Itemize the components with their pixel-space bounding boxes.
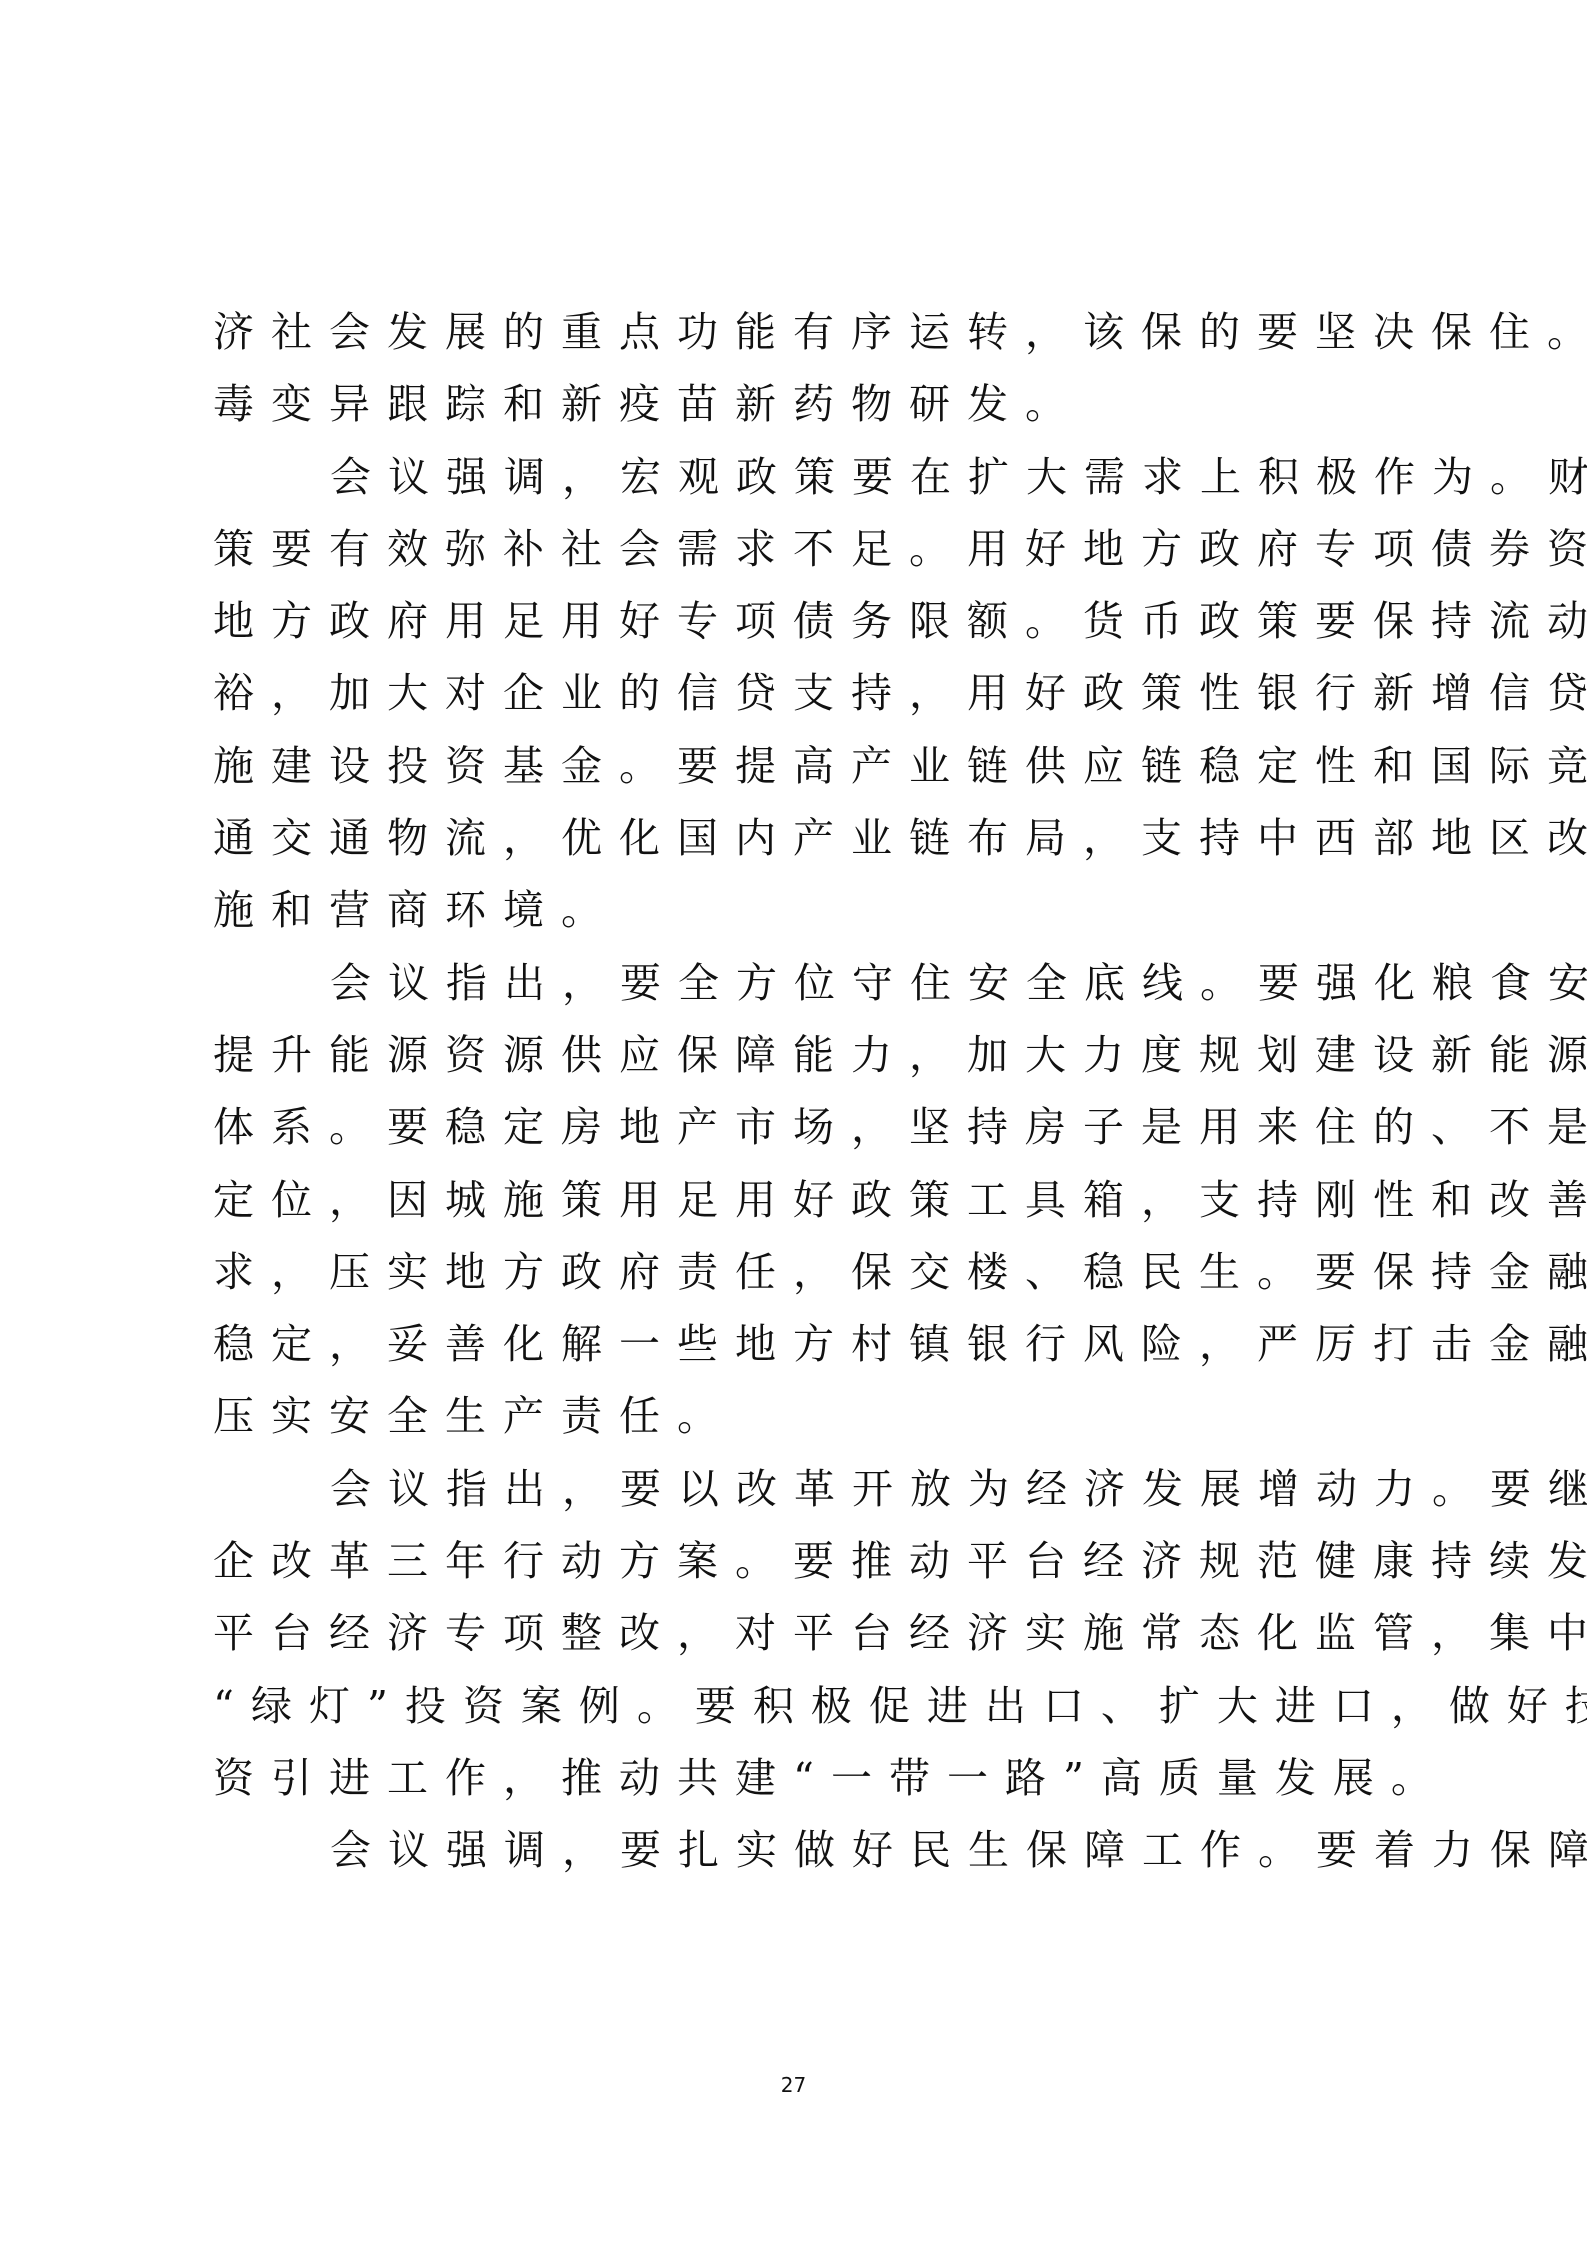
text-line: 通交通物流，优化国内产业链布局，支持中西部地区改善基础设 [213,802,1388,874]
text-line: 稳定，妥善化解一些地方村镇银行风险，严厉打击金融犯罪。要 [213,1308,1388,1380]
text-line: 济社会发展的重点功能有序运转，该保的要坚决保住。要做好病 [213,296,1388,368]
paragraph-first-line: 会议强调，要扎实做好民生保障工作。要着力保障困难群众 [213,1814,1388,1886]
text-line: 施建设投资基金。要提高产业链供应链稳定性和国际竞争力，畅 [213,730,1388,802]
text-line: “绿灯”投资案例。要积极促进出口、扩大进口，做好技术、外 [213,1670,1388,1742]
text-line: 提升能源资源供应保障能力，加大力度规划建设新能源供给消化 [213,1019,1388,1091]
text-line: 压实安全生产责任。 [213,1380,1388,1452]
text-line: 毒变异跟踪和新疫苗新药物研发。 [213,368,1388,440]
text-line: 施和营商环境。 [213,874,1388,946]
text-line: 地方政府用足用好专项债务限额。货币政策要保持流动性合理充 [213,585,1388,657]
page-number: 27 [0,2073,1587,2097]
text-line: 企改革三年行动方案。要推动平台经济规范健康持续发展，完成 [213,1525,1388,1597]
text-line: 裕，加大对企业的信贷支持，用好政策性银行新增信贷和基础设 [213,657,1388,729]
text-line: 资引进工作，推动共建“一带一路”高质量发展。 [213,1742,1388,1814]
body-text: 济社会发展的重点功能有序运转，该保的要坚决保住。要做好病 毒变异跟踪和新疫苗新药… [213,296,1388,1887]
text-line: 定位，因城施策用足用好政策工具箱，支持刚性和改善性住房需 [213,1164,1388,1236]
text-line: 平台经济专项整改，对平台经济实施常态化监管，集中推出一批 [213,1597,1388,1669]
paragraph-first-line: 会议强调，宏观政策要在扩大需求上积极作为。财政货币政 [213,441,1388,513]
document-page: 济社会发展的重点功能有序运转，该保的要坚决保住。要做好病 毒变异跟踪和新疫苗新药… [0,0,1587,2245]
paragraph-first-line: 会议指出，要以改革开放为经济发展增动力。要继续实施国 [213,1453,1388,1525]
text-line: 策要有效弥补社会需求不足。用好地方政府专项债券资金，支持 [213,513,1388,585]
text-line: 求，压实地方政府责任，保交楼、稳民生。要保持金融市场总体 [213,1236,1388,1308]
text-line: 体系。要稳定房地产市场，坚持房子是用来住的、不是用来炒的 [213,1091,1388,1163]
paragraph-first-line: 会议指出，要全方位守住安全底线。要强化粮食安全保障， [213,947,1388,1019]
